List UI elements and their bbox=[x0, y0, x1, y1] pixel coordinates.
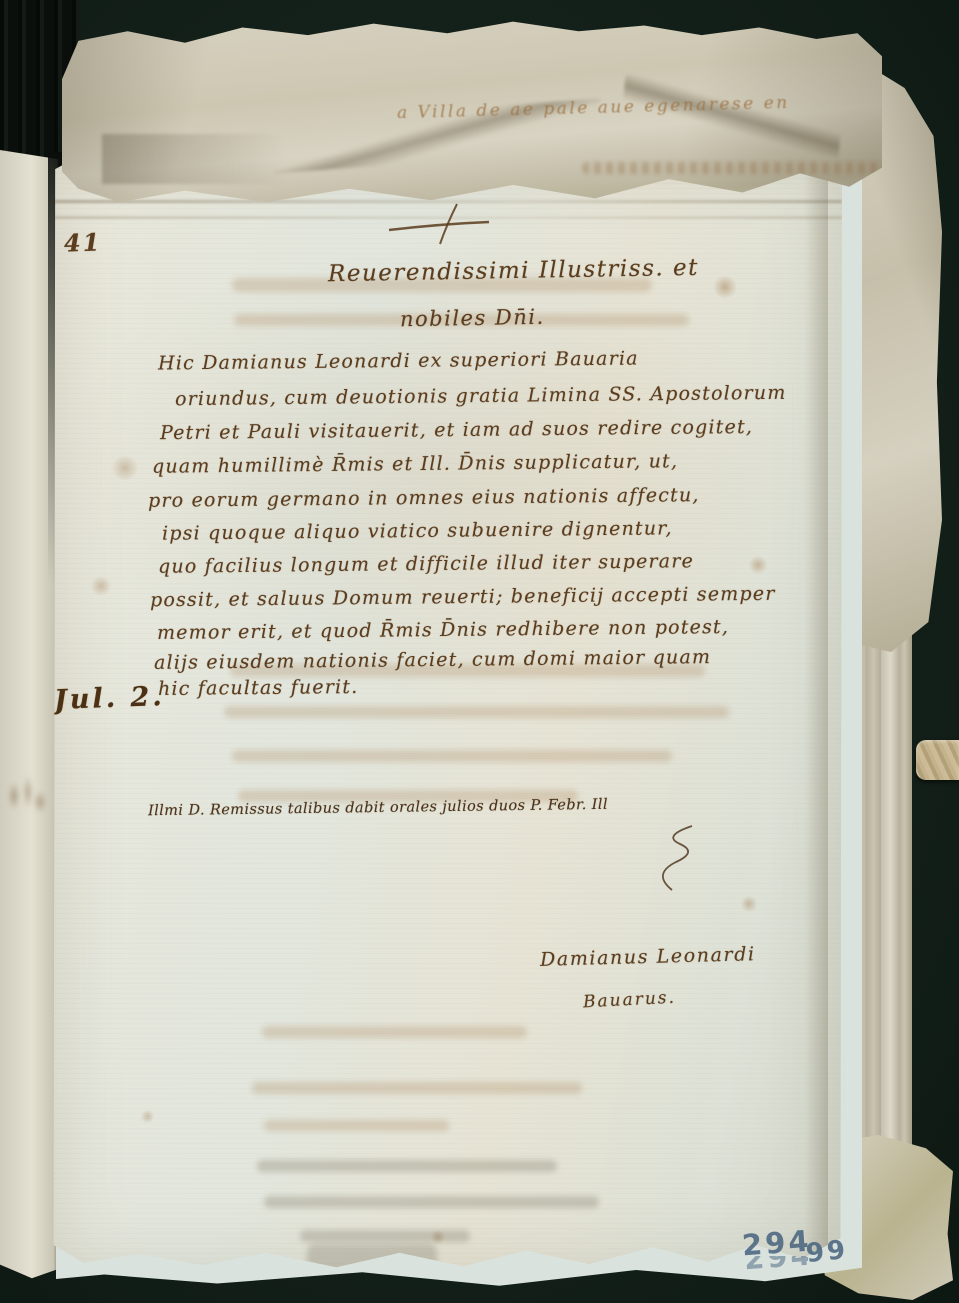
bleed-through-line bbox=[262, 1026, 527, 1038]
foxing-spot bbox=[140, 1110, 155, 1123]
docket-line: Illmi D. Remissus talibus dabit orales j… bbox=[148, 797, 608, 819]
manuscript-page: 41 Reuerendissimi Illustriss. et nobiles… bbox=[52, 158, 842, 1274]
foxing-spot bbox=[712, 276, 738, 298]
page-curl-shadow bbox=[804, 158, 828, 1274]
bleed-through-line bbox=[252, 1082, 582, 1094]
body-line: quo facilius longum et difficile illud i… bbox=[158, 550, 694, 578]
bleed-through-line bbox=[257, 1160, 557, 1172]
cross-mark bbox=[385, 198, 495, 250]
bleed-through-line bbox=[264, 1196, 599, 1208]
body-line: oriundus, cum deuotionis gratia Limina S… bbox=[175, 382, 787, 410]
foxing-spot bbox=[740, 896, 758, 912]
bleed-through-line bbox=[232, 750, 672, 762]
bleed-through-line bbox=[300, 1230, 470, 1242]
docket-flourish bbox=[642, 822, 702, 897]
body-line: quam humillimè R̄mis et Ill. D̄nis suppl… bbox=[152, 450, 678, 478]
paper-fold bbox=[102, 134, 362, 184]
bleed-through-line bbox=[264, 1120, 449, 1131]
faded-inscription-trace bbox=[582, 162, 892, 174]
manuscript-photo: 41 Reuerendissimi Illustriss. et nobiles… bbox=[0, 0, 959, 1303]
damaged-top-page-fragment: a Villa de ae pale aue egenarese en bbox=[62, 14, 882, 206]
signature-origin: Bauarus. bbox=[583, 988, 677, 1013]
foxing-spot bbox=[110, 456, 140, 480]
foxing-spot bbox=[90, 576, 112, 596]
archive-stamp-clipped-text: 294 bbox=[744, 1256, 808, 1271]
foxing-spot bbox=[748, 556, 768, 574]
signature-name: Damianus Leonardi bbox=[540, 943, 756, 971]
body-line: memor erit, et quod R̄mis D̄nis redhiber… bbox=[157, 616, 729, 644]
body-line: Hic Damianus Leonardi ex superiori Bauar… bbox=[158, 347, 639, 374]
binding-cord bbox=[916, 740, 959, 780]
body-line: possit, et saluus Domum reuerti; benefic… bbox=[150, 583, 776, 612]
folio-number: 41 bbox=[64, 227, 102, 257]
margin-date-note: Jul. 2. bbox=[53, 681, 165, 716]
body-line: hic facultas fuerit. bbox=[158, 676, 359, 700]
archive-stamp-clipped-duplicate: 294 bbox=[744, 1256, 808, 1271]
left-margin-ink-smudge bbox=[2, 762, 48, 836]
bleed-through-line bbox=[224, 706, 729, 718]
body-line: ipsi quoque aliquo viatico subuenire dig… bbox=[162, 517, 673, 544]
body-line: Petri et Pauli visitauerit, et iam ad su… bbox=[160, 416, 753, 444]
archive-stamp-secondary: 99 bbox=[805, 1235, 850, 1269]
heading-line-2: nobiles Dn̄i. bbox=[400, 305, 545, 332]
body-line: pro eorum germano in omnes eius nationis… bbox=[148, 484, 700, 512]
